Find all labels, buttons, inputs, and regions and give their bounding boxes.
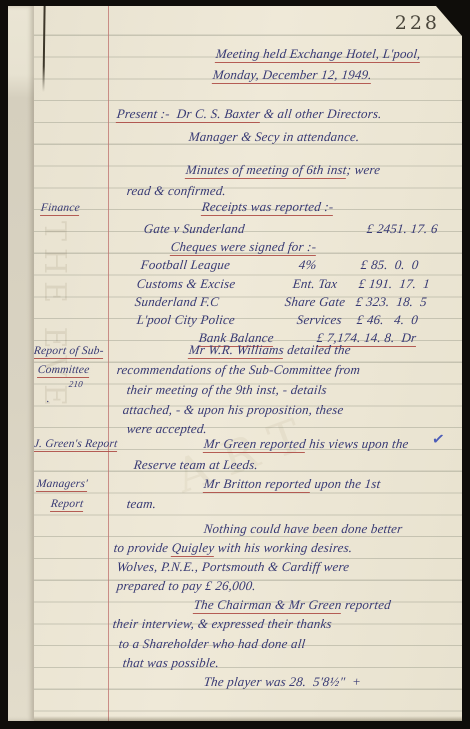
player-line: The player was 28. 5'8½" + — [203, 674, 362, 689]
margin-note-managers-1: Managers' — [36, 477, 88, 492]
cheque-amount: £ 85. 0. 0 — [360, 257, 419, 272]
receipt-row: Gate v Sunderland£ 2451. 17. 6 — [33, 221, 464, 237]
subcommittee-line-5: were accepted. — [126, 421, 208, 436]
margin-note-green-report: J. Green's Report — [33, 437, 118, 452]
receipt-name: Gate v Sunderland — [143, 221, 245, 236]
transfer-line-3: Wolves, P.N.E., Portsmouth & Cardiff wer… — [116, 559, 350, 574]
chairman-line-1: The Chairman & Mr Green reported — [193, 597, 392, 612]
margin-note-finance: Finance — [40, 201, 81, 216]
subcommittee-line-1: Mr W.R. Williams detailed the — [188, 342, 352, 357]
cheque-amount: £ 323. 18. 5 — [355, 294, 428, 309]
cheque-row: L'pool City PoliceServices£ 46. 4. 0 — [33, 312, 464, 328]
cheque-detail: Share Gate — [284, 294, 346, 309]
heading-line-2: Monday, December 12, 1949. — [212, 67, 373, 82]
cheque-detail: Ent. Tax — [292, 276, 338, 291]
cheque-payee: L'pool City Police — [136, 312, 236, 327]
transfer-line-2: to provide Quigley with his working desi… — [113, 540, 353, 555]
receipts-heading: Receipts was reported :- — [201, 199, 334, 214]
cheque-row: Sunderland F.CShare Gate£ 323. 18. 5 — [33, 294, 464, 310]
transfer-line-1: Nothing could have been done better — [203, 521, 403, 536]
margin-rule-line — [108, 6, 109, 721]
heading-line-1: Meeting held Exchange Hotel, L'pool, — [215, 46, 422, 61]
cheques-heading: Cheques were signed for :- — [170, 239, 317, 254]
green-report-line-2: Reserve team at Leeds. — [133, 457, 259, 472]
green-report-line-1: Mr Green reported his views upon the — [203, 436, 409, 451]
cheque-payee: Customs & Excise — [136, 276, 236, 291]
cheque-amount: £ 191. 17. 1 — [358, 276, 431, 291]
margin-note-subcommittee-1: Report of Sub- — [33, 344, 104, 359]
chairman-line-4: that was possible. — [122, 655, 220, 670]
cheque-payee: Football League — [140, 257, 231, 272]
subcommittee-line-2: recommendations of the Sub-Committee fro… — [116, 362, 361, 377]
subcommittee-line-4: attached, - & upon his proposition, thes… — [122, 402, 344, 417]
page-number: 228 — [395, 12, 440, 34]
cheque-amount: £ 46. 4. 0 — [356, 312, 419, 327]
minute-book-photo: THE EVE ART 228 Meeting held Exchange Ho… — [0, 0, 470, 729]
cheque-payee: Sunderland F.C — [134, 294, 220, 309]
cheque-detail: Services — [296, 312, 342, 327]
cheque-detail: 4% — [298, 257, 317, 272]
receipt-amount: £ 2451. 17. 6 — [366, 221, 438, 236]
cheque-row: Customs & ExciseEnt. Tax£ 191. 17. 1 — [33, 276, 464, 292]
chairman-line-2: their interview, & expressed their thank… — [112, 616, 333, 631]
managers-report-line-2: team. — [126, 496, 157, 511]
minute-page: THE EVE ART 228 Meeting held Exchange Ho… — [33, 6, 462, 721]
tick-mark: ✓ — [431, 429, 446, 450]
minutes-line-2: read & confirmed. — [126, 183, 227, 198]
attendance-line: Manager & Secy in attendance. — [188, 129, 360, 144]
subcommittee-line-3: their meeting of the 9th inst, - details — [126, 382, 328, 397]
present-line: Present :- Dr C. S. Baxter & all other D… — [116, 106, 383, 121]
chairman-line-3: to a Shareholder who had done all — [118, 636, 306, 651]
page-bottom-edge — [33, 716, 462, 721]
minutes-line-1: Minutes of meeting of 6th inst; were — [185, 162, 381, 177]
margin-note-managers-2: Report — [50, 497, 84, 512]
cheque-row: Football League4%£ 85. 0. 0 — [33, 257, 464, 273]
margin-note-subcommittee-2: Committee — [37, 363, 90, 378]
previous-page-edge — [8, 6, 34, 721]
transfer-line-4: prepared to pay £ 26,000. — [116, 578, 257, 593]
managers-report-line-1: Mr Britton reported upon the 1st — [203, 476, 381, 491]
margin-note-subcommittee-num: 210 — [68, 377, 84, 392]
